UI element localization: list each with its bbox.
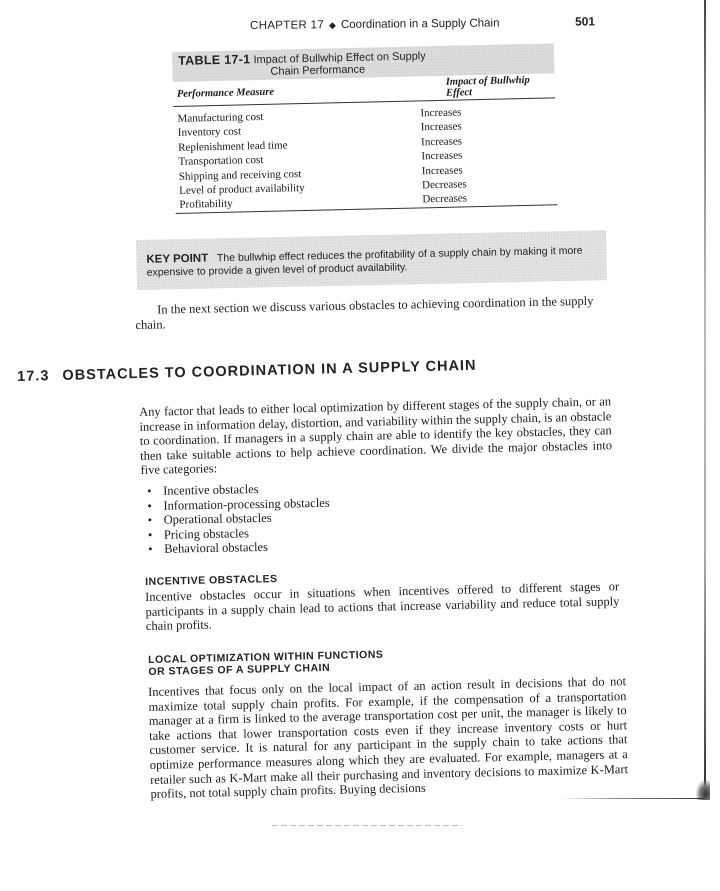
obstacle-categories-list: •Incentive obstacles•Information-process… xyxy=(147,481,331,557)
section-number: 17.3 xyxy=(17,368,50,385)
bullet-icon: • xyxy=(148,513,164,528)
list-item-text: Information-processing obstacles xyxy=(163,495,330,512)
list-item-text: Incentive obstacles xyxy=(163,482,259,498)
page-edge-shadow xyxy=(704,0,706,795)
bullet-icon: • xyxy=(148,527,164,542)
chapter-title: Coordination in a Supply Chain xyxy=(341,17,500,31)
key-point-box: KEY POINT The bullwhip effect reduces th… xyxy=(136,230,607,290)
diamond-separator-icon: ◆ xyxy=(329,20,336,31)
book-page: CHAPTER 17 ◆ Coordination in a Supply Ch… xyxy=(0,0,720,891)
bullwhip-table: TABLE 17-1 Impact of Bullwhip Effect on … xyxy=(172,43,558,213)
impact-cell: Decreases xyxy=(418,190,557,208)
scan-artifact-line xyxy=(272,825,462,826)
column-header-impact: Impact of Bullwhip Effect xyxy=(416,73,556,101)
local-optimization-heading: LOCAL OPTIMIZATION WITHIN FUNCTIONS OR S… xyxy=(148,649,384,678)
bullet-icon: • xyxy=(147,484,163,499)
local-optimization-paragraph: Incentives that focus only on the local … xyxy=(148,674,629,802)
list-item-text: Behavioral obstacles xyxy=(164,540,268,556)
page-corner-shadow xyxy=(696,780,710,800)
bullet-icon: • xyxy=(148,542,164,557)
impact-table: Performance Measure Impact of Bullwhip E… xyxy=(173,73,558,213)
section-title: OBSTACLES TO COORDINATION IN A SUPPLY CH… xyxy=(62,358,476,384)
section-heading: 17.3 OBSTACLES TO COORDINATION IN A SUPP… xyxy=(17,354,617,385)
section-intro-paragraph: Any factor that leads to either local op… xyxy=(139,394,613,478)
chapter-label: CHAPTER 17 xyxy=(250,19,324,32)
list-item: •Behavioral obstacles xyxy=(148,539,331,557)
incentive-obstacles-heading: INCENTIVE OBSTACLES xyxy=(145,573,278,588)
list-item-text: Operational obstacles xyxy=(164,511,272,527)
running-head: CHAPTER 17 ◆ Coordination in a Supply Ch… xyxy=(250,14,595,32)
incentive-obstacles-paragraph: Incentive obstacles occur in situations … xyxy=(145,579,620,634)
key-point-text: The bullwhip effect reduces the profitab… xyxy=(147,245,583,279)
page-number: 501 xyxy=(575,14,595,28)
list-item-text: Pricing obstacles xyxy=(164,526,249,542)
bottom-edge-line xyxy=(560,798,705,799)
bullet-icon: • xyxy=(147,498,163,513)
next-section-paragraph: In the next section we discuss various o… xyxy=(135,294,605,333)
key-point-label: KEY POINT xyxy=(146,252,208,265)
